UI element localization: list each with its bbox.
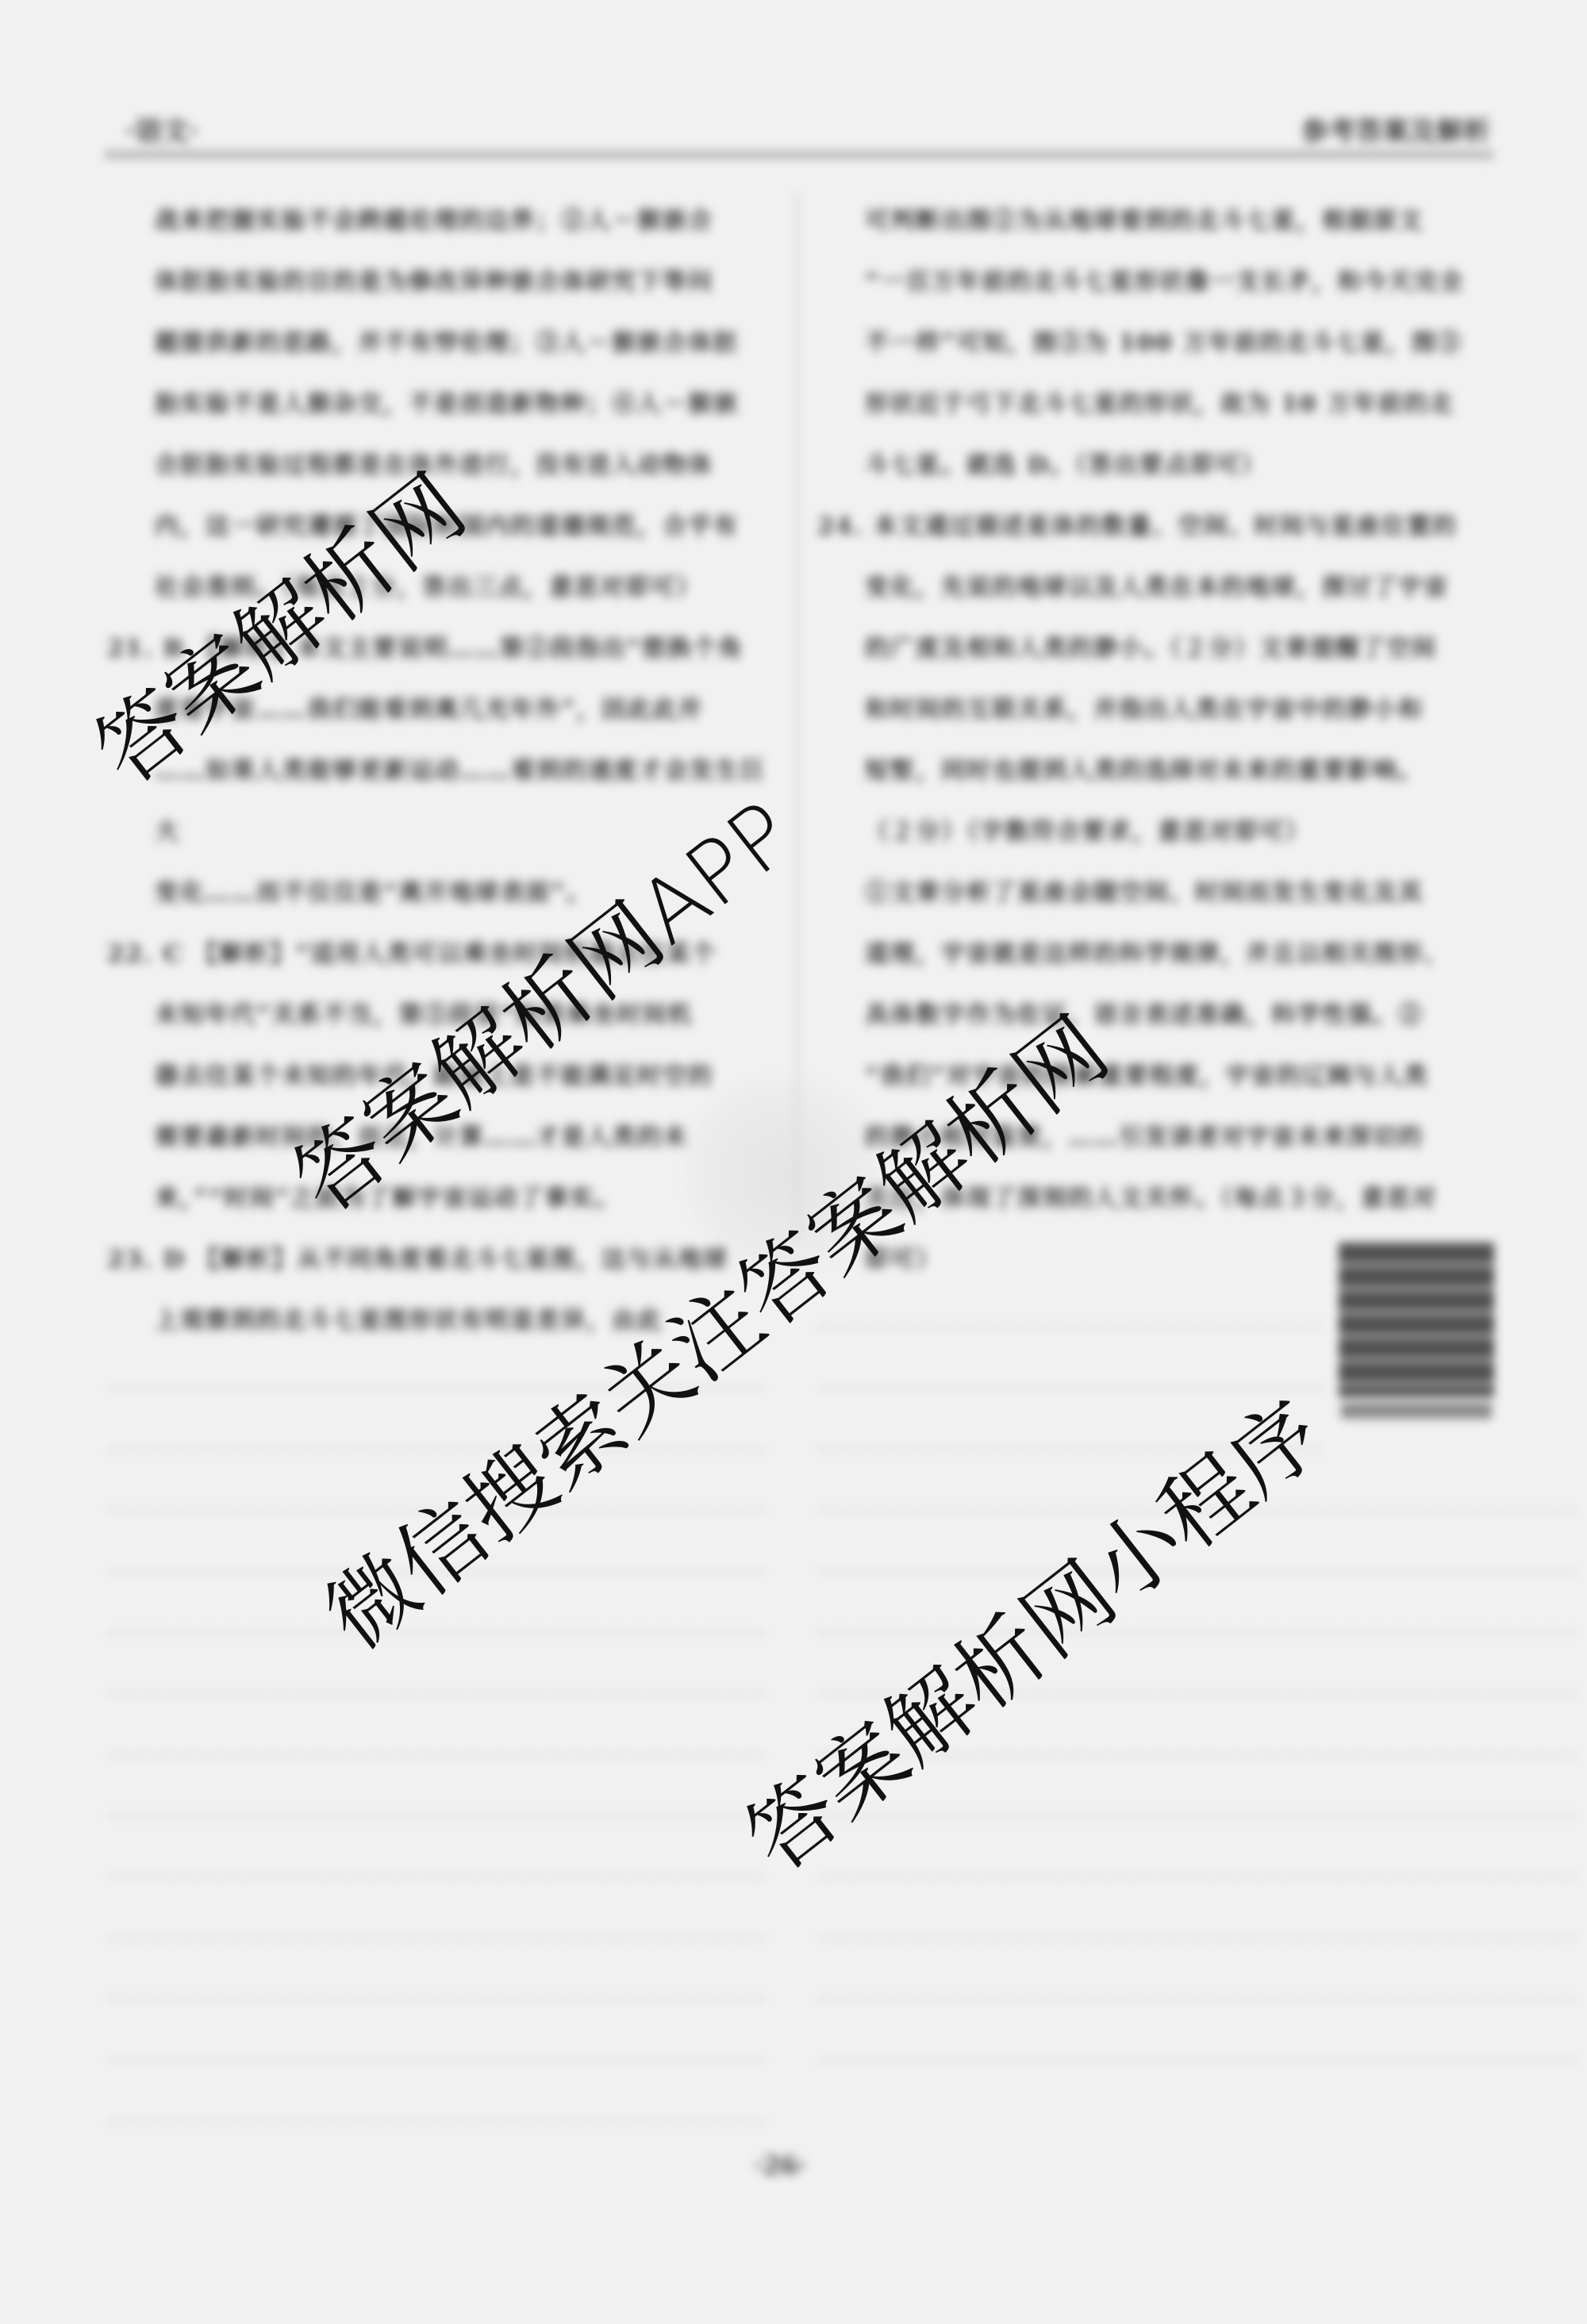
text-line: 24. 本文通过描述星体的数量、空间、时间与星座位置的 bbox=[817, 496, 1476, 557]
text-line: 胎实验不是人猴杂交，不是创造新物种；④人－猴嵌 bbox=[107, 374, 766, 435]
line-text: 具体数字作为佐证，语言表述准确，科学性强。② bbox=[865, 1001, 1424, 1029]
line-text: ①文章分析了星座会随空间、时间而发生变化及其 bbox=[865, 879, 1424, 907]
faint-text-line: ……………………………………………………………………………… bbox=[817, 1962, 1476, 2023]
line-text: 胎实验不是人猴杂交，不是创造新物种；④人－猴嵌 bbox=[155, 390, 739, 418]
text-line: 道理，宇宙就是这样的科学规律，并且以相关图形、 bbox=[817, 924, 1476, 985]
page-number: ·26· bbox=[754, 2150, 807, 2180]
question-number: 24. bbox=[817, 513, 863, 540]
faint-text-line: …………………………………………………………………… bbox=[107, 1718, 766, 1779]
text-line: 体胚胎实验的目的是为修改异种嵌合体研究下等问 bbox=[107, 252, 766, 313]
text-line: 题提供新的思路，并不有悖伦理；③人－猴嵌合体胚 bbox=[107, 313, 766, 374]
text-line: 斗七星。就选 D。（答出要点即可） bbox=[817, 435, 1476, 496]
text-line: （２分）（字数符合要求，意思对即可） bbox=[817, 801, 1476, 862]
line-text: （２分）（字数符合要求，意思对即可） bbox=[865, 818, 1310, 846]
line-text: “一百万年前的北斗七星形状像一支长矛，和今天完全 bbox=[865, 268, 1464, 296]
line-text: 上观察到的北斗七星图形状有明显差异，由此 bbox=[155, 1307, 663, 1335]
text-line: 不一样”可知，图③为 100 万年前的北斗七星，图③ bbox=[817, 313, 1476, 374]
line-text: 本文通过描述星体的数量、空间、时间与星座位置的 bbox=[874, 513, 1458, 540]
text-line: ①文章分析了星座会随空间、时间而发生变化及其 bbox=[817, 862, 1476, 924]
line-text: 可判断出图②为从地球看到的北斗七星，根据原文 bbox=[865, 207, 1424, 235]
line-text: 题提供新的思路，并不有悖伦理；③人－猴嵌合体胚 bbox=[155, 329, 739, 357]
line-text: 体胚胎实验的目的是为修改异种嵌合体研究下等问 bbox=[155, 268, 713, 296]
column-divider bbox=[796, 194, 799, 1242]
line-text: 战来把握实验不会跨越伦理的边界；②人－猴嵌合 bbox=[155, 207, 713, 235]
text-line: 战来把握实验不会跨越伦理的边界；②人－猴嵌合 bbox=[107, 190, 766, 252]
line-text: 变化，先说的地球以及人类在本的地球，探讨了宇宙 bbox=[865, 574, 1449, 601]
faint-text-line: ……………………………………………………………………………… bbox=[817, 1901, 1476, 1962]
faint-text-line: …………………………………………………………………… bbox=[107, 1840, 766, 1901]
faint-text-line: …………………………………………………………………… bbox=[107, 1901, 766, 1962]
line-text: 和时间的互联关系，并指出人类在宇宙中的渺小和 bbox=[865, 696, 1424, 724]
text-line: 变化，先说的地球以及人类在本的地球，探讨了宇宙 bbox=[817, 557, 1476, 618]
section-title: 参考答案及解析 bbox=[1301, 109, 1490, 148]
faint-text-line: …………………………………………………………………… bbox=[107, 1962, 766, 2023]
line-text: 不一样”可知，图③为 100 万年前的北斗七星，图③ bbox=[865, 329, 1462, 357]
text-line: 的广度及相和人类的渺小。（２分）文章提醒了空间 bbox=[817, 618, 1476, 679]
question-number: 23. D bbox=[107, 1246, 186, 1273]
page-header: ·语文· 参考答案及解析 bbox=[110, 102, 1490, 149]
faint-text-line: …………………………………………………………………… bbox=[107, 1657, 766, 1718]
text-line: 23. D 【解析】从不同角度看北斗七星图，这与从地球 bbox=[107, 1229, 766, 1290]
text-line: 可判断出图②为从地球看到的北斗七星，根据原文 bbox=[817, 190, 1476, 252]
line-text: 斗七星。就选 D。（答出要点即可） bbox=[865, 451, 1266, 479]
qr-code[interactable] bbox=[1339, 1242, 1494, 1397]
text-line: 形状近于弓下北斗七星的形状，故为 10 万年前的北 bbox=[817, 374, 1476, 435]
subject-label: ·语文· bbox=[125, 109, 198, 148]
qr-caption bbox=[1341, 1403, 1492, 1419]
document-page: ·语文· 参考答案及解析 战来把握实验不会跨越伦理的边界；②人－猴嵌合体胚胎实验… bbox=[0, 0, 1587, 2324]
text-line: 具体数字作为佐证，语言表述准确，科学性强。② bbox=[817, 985, 1476, 1046]
line-text: 形状近于弓下北斗七星的形状，故为 10 万年前的北 bbox=[865, 390, 1454, 418]
question-number: 22. C bbox=[107, 940, 184, 968]
text-line: “一百万年前的北斗七星形状像一支长矛，和今天完全 bbox=[817, 252, 1476, 313]
faint-text-line: ……………………………………………………………………………… bbox=[817, 2023, 1476, 2084]
line-text: 变化……而不仅仅是“离开地球表面”。 bbox=[155, 879, 592, 907]
faint-text-line: …………………………………………………………………… bbox=[107, 2023, 766, 2084]
text-line: 和时间的互联关系，并指出人类在宇宙中的渺小和 bbox=[817, 679, 1476, 740]
line-text: 【解析】从不同角度看北斗七星图，这与从地球 bbox=[195, 1246, 728, 1273]
faint-text-line: …………………………………………………………………… bbox=[107, 1779, 766, 1840]
line-text: 道理，宇宙就是这样的科学规律，并且以相关图形、 bbox=[865, 940, 1449, 968]
text-line: 来，”“时间”之前为了解宇宙运动了事实。 bbox=[107, 1168, 766, 1229]
text-line: 短暂，同时也提到人类的选择对未来的重要影响。 bbox=[817, 740, 1476, 801]
line-text: 的广度及相和人类的渺小。（２分）文章提醒了空间 bbox=[865, 635, 1437, 663]
line-text: 短暂，同时也提到人类的选择对未来的重要影响。 bbox=[865, 757, 1424, 785]
scanned-content: ·语文· 参考答案及解析 战来把握实验不会跨越伦理的边界；②人－猴嵌合体胚胎实验… bbox=[0, 0, 1587, 2324]
faint-text-line: …………………………………………………………………… bbox=[107, 2084, 766, 2145]
header-rule bbox=[105, 151, 1493, 159]
faint-text-line: ……………………………………………………………………………… bbox=[817, 1840, 1476, 1901]
